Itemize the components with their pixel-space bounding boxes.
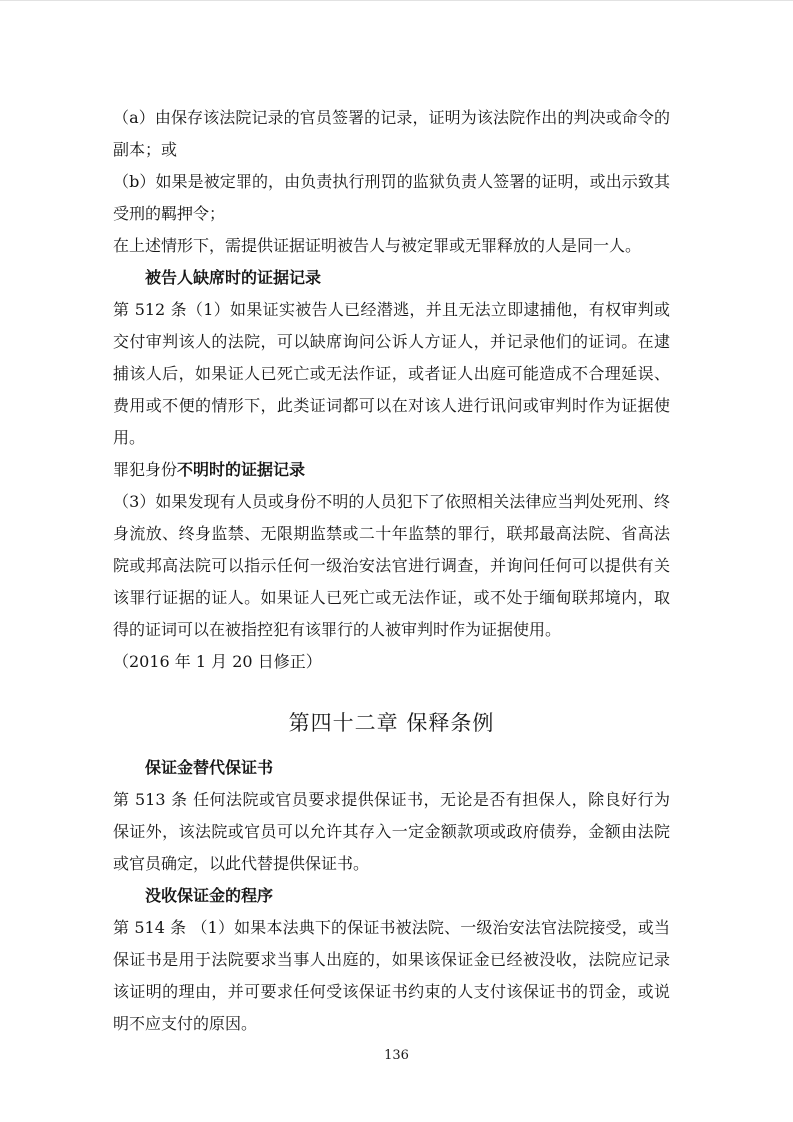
body-paragraph: 第 512 条（1）如果证实被告人已经潜逃，并且无法立即逮捕他，有权审判或交付审… xyxy=(113,294,670,454)
text-run: 在上述情形下，需提供证据证明被告人与被定罪或无罪释放的人是同一人。 xyxy=(113,236,641,255)
text-run: （2016 年 1 月 20 日修正） xyxy=(113,652,322,671)
text-run: （3）如果发现有人员或身份不明的人员犯下了依照相关法律应当判处死刑、终身流放、终… xyxy=(113,492,670,639)
text-run: 第四十二章 保释条例 xyxy=(289,711,495,735)
section-heading: 保证金替代保证书 xyxy=(113,752,670,784)
text-run: 第 513 条 任何法院或官员要求提供保证书，无论是否有担保人，除良好行为保证外… xyxy=(113,790,670,873)
section-heading: 被告人缺席时的证据记录 xyxy=(113,262,670,294)
text-run: 第 512 条（1）如果证实被告人已经潜逃，并且无法立即逮捕他，有权审判或交付审… xyxy=(113,300,670,447)
document-page: （a）由保存该法院记录的官员签署的记录，证明为该法院作出的判决或命令的副本；或（… xyxy=(0,0,793,1122)
body-paragraph: （b）如果是被定罪的，由负责执行刑罚的监狱负责人签署的证明，或出示致其受刑的羁押… xyxy=(113,166,670,230)
page-number: 136 xyxy=(0,1047,793,1065)
body-paragraph: （3）如果发现有人员或身份不明的人员犯下了依照相关法律应当判处死刑、终身流放、终… xyxy=(113,486,670,646)
body-paragraph: （2016 年 1 月 20 日修正） xyxy=(113,646,670,678)
body-paragraph: 第 514 条 （1）如果本法典下的保证书被法院、一级治安法官法院接受，或当保证… xyxy=(113,912,670,1040)
section-heading: 没收保证金的程序 xyxy=(113,880,670,912)
heading-text-run: 保证金替代保证书 xyxy=(145,758,273,777)
body-paragraph: 第 513 条 任何法院或官员要求提供保证书，无论是否有担保人，除良好行为保证外… xyxy=(113,784,670,880)
body-paragraph: 在上述情形下，需提供证据证明被告人与被定罪或无罪释放的人是同一人。 xyxy=(113,230,670,262)
body-paragraph: （a）由保存该法院记录的官员签署的记录，证明为该法院作出的判决或命令的副本；或 xyxy=(113,102,670,166)
text-run: 罪犯身份 xyxy=(113,460,177,479)
document-content: （a）由保存该法院记录的官员签署的记录，证明为该法院作出的判决或命令的副本；或（… xyxy=(113,102,670,1040)
text-run: （a）由保存该法院记录的官员签署的记录，证明为该法院作出的判决或命令的副本；或 xyxy=(113,108,670,159)
heading-text-run: 不明时的证据记录 xyxy=(177,460,305,479)
chapter-heading: 第四十二章 保释条例 xyxy=(113,703,670,743)
text-run: 第 514 条 （1）如果本法典下的保证书被法院、一级治安法官法院接受，或当保证… xyxy=(113,918,670,1033)
heading-text-run: 没收保证金的程序 xyxy=(145,886,273,905)
heading-text-run: 被告人缺席时的证据记录 xyxy=(145,268,321,287)
text-run: （b）如果是被定罪的，由负责执行刑罚的监狱负责人签署的证明，或出示致其受刑的羁押… xyxy=(113,172,670,223)
section-heading: 罪犯身份不明时的证据记录 xyxy=(113,454,670,486)
